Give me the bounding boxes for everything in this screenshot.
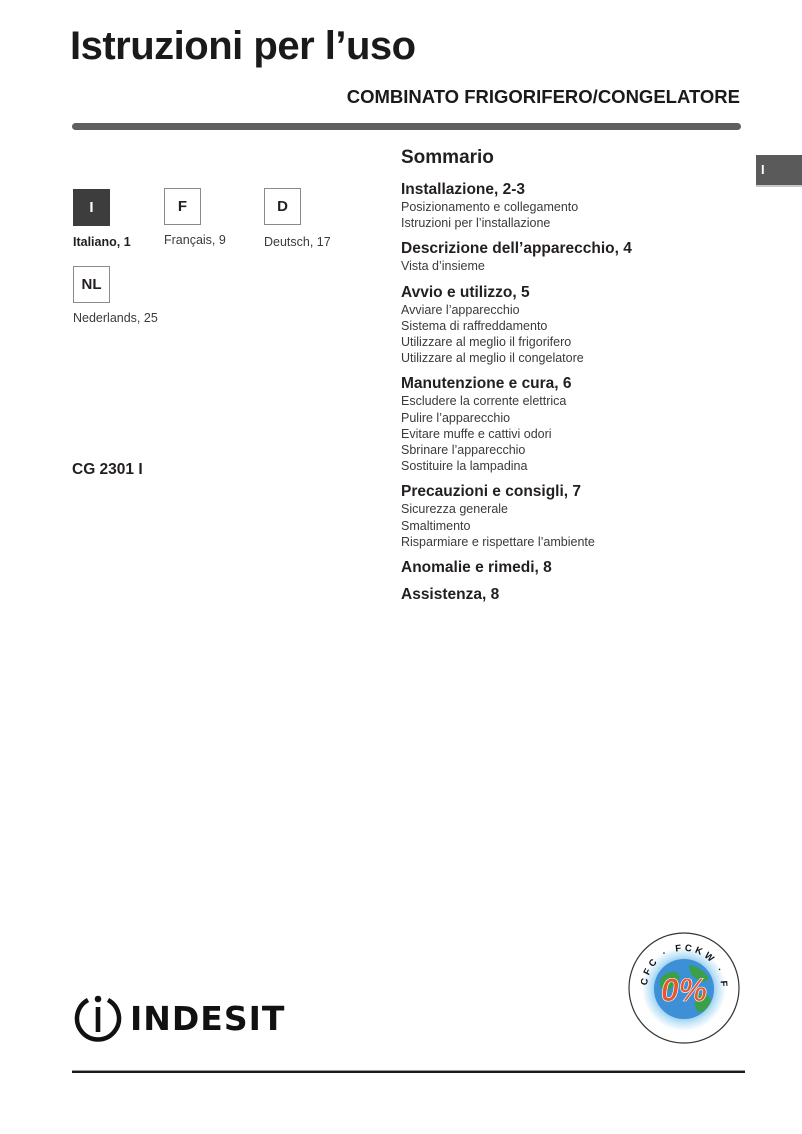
toc-section-heading[interactable]: Precauzioni e consigli, 7	[401, 483, 741, 501]
product-type: COMBINATO FRIGORIFERO/CONGELATORE	[347, 86, 740, 108]
table-of-contents: Sommario Installazione, 2-3Posizionament…	[401, 147, 741, 613]
lang-option-de[interactable]: D	[264, 188, 301, 225]
toc-item[interactable]: Sbrinare l’apparecchio	[401, 442, 741, 458]
toc-section-heading[interactable]: Manutenzione e cura, 6	[401, 375, 741, 393]
brand-logo: INDESIT	[72, 993, 285, 1043]
toc-item[interactable]: Sistema di raffreddamento	[401, 318, 741, 334]
toc-section-heading[interactable]: Avvio e utilizzo, 5	[401, 284, 741, 302]
lang-box-fr[interactable]: F	[164, 188, 201, 225]
toc-item[interactable]: Utilizzare al meglio il congelatore	[401, 350, 741, 366]
footer-divider	[72, 1070, 745, 1073]
toc-section: Assistenza, 8	[401, 586, 741, 604]
side-language-tab[interactable]: I	[756, 155, 802, 187]
toc-section: Descrizione dell’apparecchio, 4Vista d’i…	[401, 240, 741, 274]
toc-item[interactable]: Risparmiare e rispettare l’ambiente	[401, 534, 741, 550]
toc-section: Manutenzione e cura, 6Escludere la corre…	[401, 375, 741, 474]
toc-sections: Installazione, 2-3Posizionamento e colle…	[401, 181, 741, 604]
toc-section: Precauzioni e consigli, 7Sicurezza gener…	[401, 483, 741, 550]
lang-label-de[interactable]: Deutsch, 17	[264, 235, 331, 249]
toc-item[interactable]: Escludere la corrente elettrica	[401, 393, 741, 409]
toc-item[interactable]: Smaltimento	[401, 518, 741, 534]
toc-section-heading[interactable]: Descrizione dell’apparecchio, 4	[401, 240, 741, 258]
toc-item[interactable]: Pulire l’apparecchio	[401, 410, 741, 426]
toc-item[interactable]: Posizionamento e collegamento	[401, 199, 741, 215]
page-title: Istruzioni per l’uso	[70, 24, 416, 69]
lang-option-it[interactable]: I	[73, 189, 110, 226]
toc-section-heading[interactable]: Anomalie e rimedi, 8	[401, 559, 741, 577]
model-number: CG 2301 I	[72, 461, 143, 479]
indesit-power-logo-icon	[72, 993, 124, 1043]
toc-item[interactable]: Utilizzare al meglio il frigorifero	[401, 334, 741, 350]
toc-section: Avvio e utilizzo, 5Avviare l’apparecchio…	[401, 284, 741, 367]
toc-item[interactable]: Vista d’insieme	[401, 258, 741, 274]
toc-section: Anomalie e rimedi, 8	[401, 559, 741, 577]
toc-item[interactable]: Sicurezza generale	[401, 501, 741, 517]
toc-item[interactable]: Istruzioni per l’installazione	[401, 215, 741, 231]
toc-section-heading[interactable]: Installazione, 2-3	[401, 181, 741, 199]
toc-item[interactable]: Avviare l’apparecchio	[401, 302, 741, 318]
lang-label-nl[interactable]: Nederlands, 25	[73, 311, 158, 325]
brand-name: INDESIT	[130, 999, 285, 1038]
toc-section: Installazione, 2-3Posizionamento e colle…	[401, 181, 741, 231]
toc-item[interactable]: Evitare muffe e cattivi odori	[401, 426, 741, 442]
lang-box-nl[interactable]: NL	[73, 266, 110, 303]
header-divider	[72, 123, 741, 130]
lang-box-de[interactable]: D	[264, 188, 301, 225]
lang-option-fr[interactable]: F	[164, 188, 201, 225]
toc-title: Sommario	[401, 147, 741, 169]
toc-section-heading[interactable]: Assistenza, 8	[401, 586, 741, 604]
toc-item[interactable]: Sostituire la lampadina	[401, 458, 741, 474]
side-tab-label: I	[761, 162, 765, 177]
globe-icon: 0% CFC · FCKW · FCK	[627, 931, 741, 1045]
lang-box-it[interactable]: I	[73, 189, 110, 226]
lang-label-fr[interactable]: Français, 9	[164, 233, 226, 247]
svg-text:0%: 0%	[661, 972, 707, 1008]
lang-label-it[interactable]: Italiano, 1	[73, 235, 131, 249]
cfc-free-badge: 0% CFC · FCKW · FCK	[627, 931, 741, 1045]
lang-option-nl[interactable]: NL	[73, 266, 110, 303]
